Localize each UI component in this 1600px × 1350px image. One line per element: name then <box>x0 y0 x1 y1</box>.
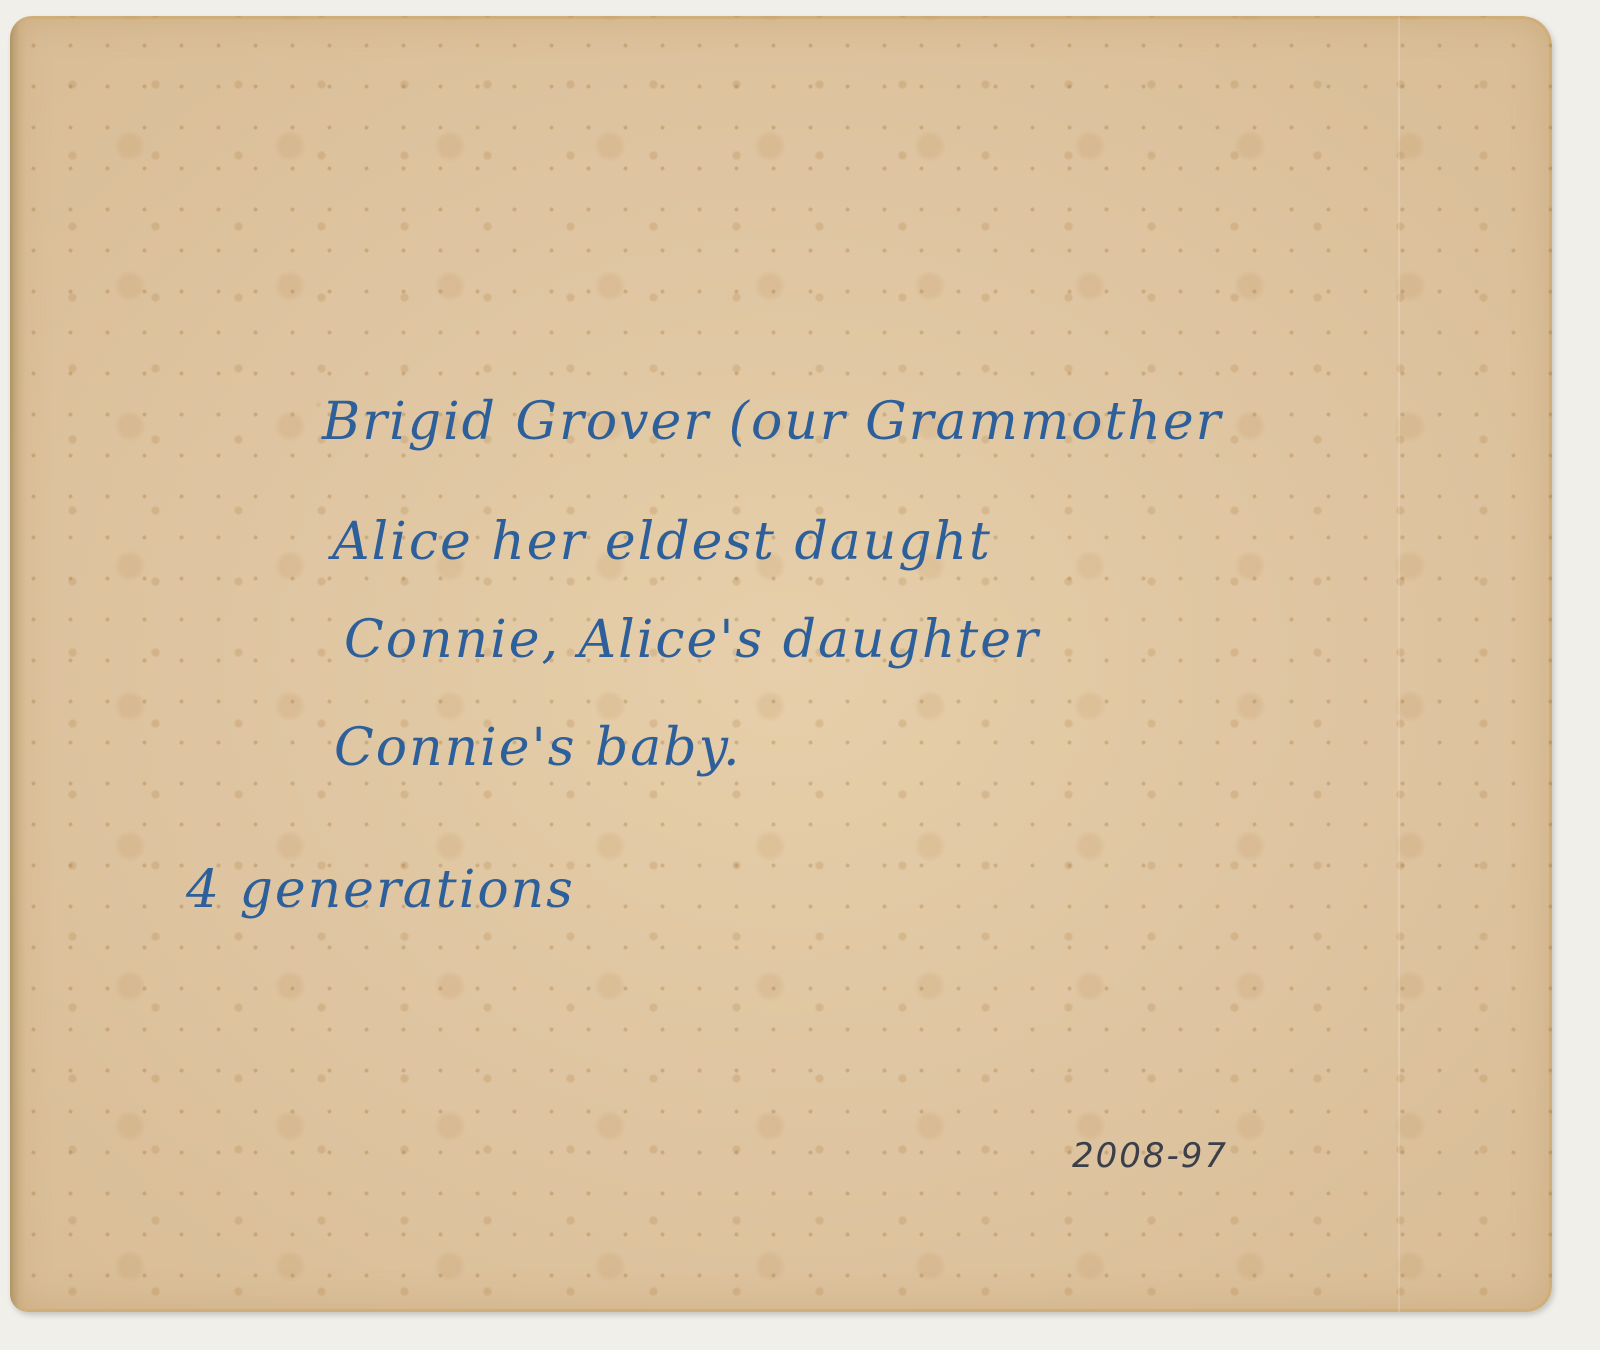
worn-left-edge <box>10 16 26 1312</box>
faint-pencil-writing: faint mirrored pencil writing (illegible… <box>1210 456 1280 856</box>
inscription-line-5: 4 generations <box>186 864 575 916</box>
inscription-line-3: Connie, Alice's daughter <box>344 614 1040 666</box>
mount-crease <box>1398 16 1400 1312</box>
photo-card-reverse: faint mirrored pencil writing (illegible… <box>10 16 1552 1312</box>
inscription-line-1: Brigid Grover (our Grammother <box>322 396 1223 448</box>
accession-number: 2008-97 <box>1072 1136 1228 1176</box>
inscription-line-2: Alice her eldest daught <box>332 516 992 568</box>
inscription-line-4: Connie's baby. <box>334 722 742 774</box>
